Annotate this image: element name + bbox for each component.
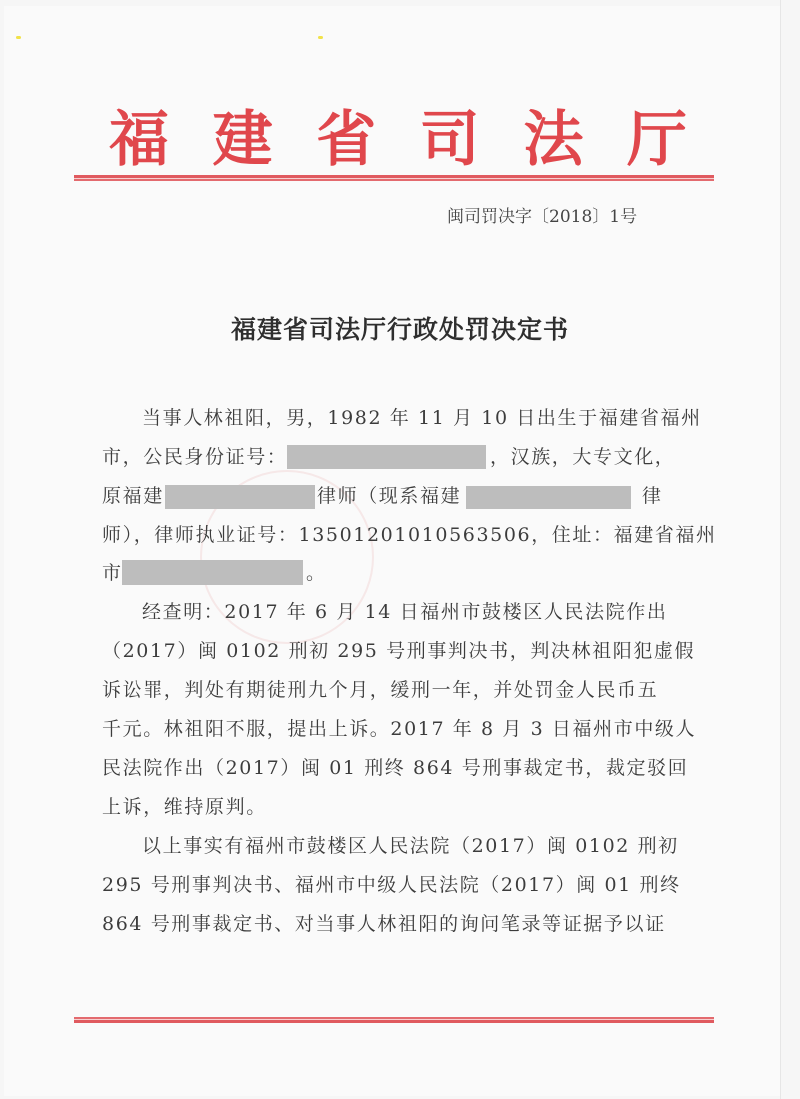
letterhead-char: 建 <box>212 92 274 178</box>
line-text: 原福建 <box>102 485 164 507</box>
line-text: 市 <box>102 562 123 584</box>
redaction-box-current-firm <box>466 486 631 509</box>
paragraph-line: 295 号刑事判决书、福州市中级人民法院（2017）闽 01 刑终 <box>102 871 672 899</box>
redaction-box-former-firm <box>165 485 315 509</box>
line-text: 市，公民身份证号： <box>102 446 287 468</box>
paragraph-line: （2017）闽 0102 刑初 295 号刑事判决书，判决林祖阳犯虚假 <box>102 637 672 665</box>
line-text: 律师（现系福建 <box>317 482 461 510</box>
paragraph-line: 上诉，维持原判。 <box>102 793 672 821</box>
paragraph-line: 以上事实有福州市鼓楼区人民法院（2017）闽 0102 刑初 <box>142 832 672 860</box>
footer-red-rule <box>74 1017 714 1023</box>
line-text: 。 <box>306 559 327 587</box>
paragraph-line: 师），律师执业证号：13501201010563506，住址：福建省福州 <box>102 521 672 549</box>
letterhead-char: 省 <box>315 92 377 178</box>
scan-edge <box>780 0 781 1099</box>
letterhead-org-name: 福 建 省 司 法 厅 <box>108 100 688 170</box>
paragraph-line: 诉讼罪，判处有期徒刑九个月，缓刑一年，并处罚金人民币五 <box>102 676 672 704</box>
scan-speck <box>318 36 323 39</box>
paragraph-line: 864 号刑事裁定书、对当事人林祖阳的询问笔录等证据予以证 <box>102 910 672 938</box>
letterhead-char: 福 <box>108 92 170 178</box>
redaction-box-id-number <box>287 445 486 469</box>
line-text: ，汉族，大专文化， <box>490 443 675 471</box>
letterhead-char: 法 <box>522 92 584 178</box>
line-text: 律 <box>642 482 663 510</box>
letterhead-char: 厅 <box>626 92 688 178</box>
redaction-box-address <box>122 560 303 585</box>
paragraph-line: 经查明：2017 年 6 月 14 日福州市鼓楼区人民法院作出 <box>142 598 672 626</box>
header-red-rule <box>74 175 714 181</box>
document-number: 闽司罚决字〔2018〕1号 <box>447 202 637 227</box>
letterhead-char: 司 <box>419 92 481 178</box>
paragraph-line: 当事人林祖阳，男，1982 年 11 月 10 日出生于福建省福州 <box>142 404 672 432</box>
paragraph-line: 民法院作出（2017）闽 01 刑终 864 号刑事裁定书，裁定驳回 <box>102 754 672 782</box>
scan-speck <box>16 36 21 39</box>
paragraph-line: 千元。林祖阳不服，提出上诉。2017 年 8 月 3 日福州市中级人 <box>102 715 672 743</box>
document-title: 福建省司法厅行政处罚决定书 <box>0 310 800 346</box>
